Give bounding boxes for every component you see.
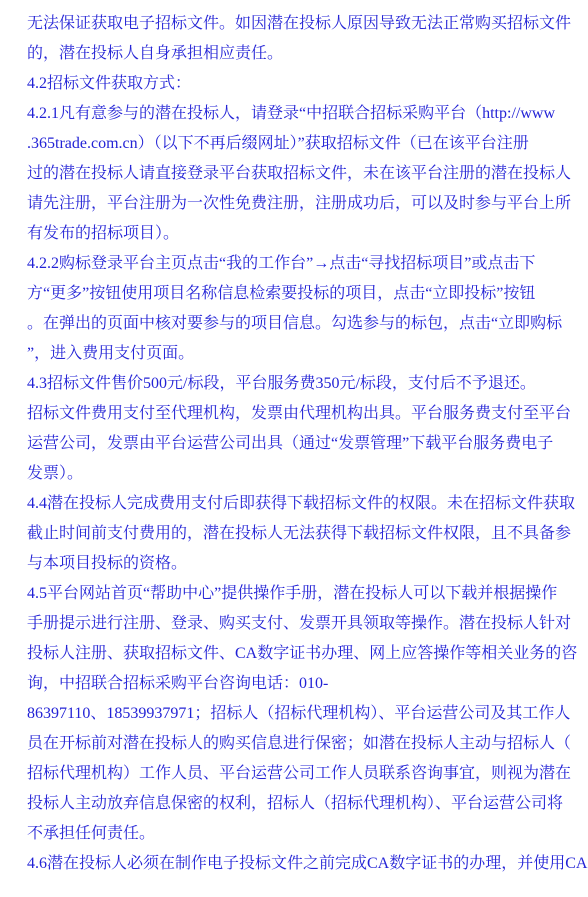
text-line: 86397110、18539937971；招标人（招标代理机构）、平台运营公司及…	[27, 699, 575, 729]
text-line: 手册提示进行注册、登录、购买支付、发票开具领取等操作。潜在投标人针对	[27, 609, 575, 639]
text-line: 方“更多”按钮使用项目名称信息检索要投标的项目，点击“立即投标”按钮	[27, 279, 575, 309]
document-page: 无法保证获取电子招标文件。如因潜在投标人原因导致无法正常购买招标文件的，潜在投标…	[0, 0, 588, 897]
text-line: 与本项目投标的资格。	[27, 549, 575, 579]
text-line: 发票）。	[27, 459, 575, 489]
text-line: 无法保证获取电子招标文件。如因潜在投标人原因导致无法正常购买招标文件	[27, 9, 575, 39]
text-line: 。在弹出的页面中核对要参与的项目信息。勾选参与的标包，点击“立即购标	[27, 309, 575, 339]
text-line: 4.2.2购标登录平台主页点击“我的工作台”→点击“寻找招标项目”或点击下	[27, 249, 575, 279]
text-line: 请先注册，平台注册为一次性免费注册，注册成功后，可以及时参与平台上所	[27, 189, 575, 219]
text-line: 询，中招联合招标采购平台咨询电话：010-	[27, 669, 575, 699]
text-line: 招标文件费用支付至代理机构，发票由代理机构出具。平台服务费支付至平台	[27, 399, 575, 429]
text-line: 的，潜在投标人自身承担相应责任。	[27, 39, 575, 69]
text-line: .365trade.com.cn）（以下不再后缀网址）”获取招标文件（已在该平台…	[27, 129, 575, 159]
text-line: 不承担任何责任。	[27, 819, 575, 849]
text-line: 4.4潜在投标人完成费用支付后即获得下载招标文件的权限。未在招标文件获取	[27, 489, 575, 519]
text-line: 员在开标前对潜在投标人的购买信息进行保密；如潜在投标人主动与招标人（	[27, 729, 575, 759]
text-line: 4.6潜在投标人必须在制作电子投标文件之前完成CA数字证书的办理，并使用CA	[27, 849, 575, 879]
text-line: 招标代理机构）工作人员、平台运营公司工作人员联系咨询事宜，则视为潜在	[27, 759, 575, 789]
text-line: 运营公司，发票由平台运营公司出具（通过“发票管理”下载平台服务费电子	[27, 429, 575, 459]
text-line: 有发布的招标项目）。	[27, 219, 575, 249]
document-text-block: 无法保证获取电子招标文件。如因潜在投标人原因导致无法正常购买招标文件的，潜在投标…	[27, 9, 575, 879]
text-line: 4.3招标文件售价500元/标段，平台服务费350元/标段，支付后不予退还。	[27, 369, 575, 399]
text-line: 截止时间前支付费用的，潜在投标人无法获得下载招标文件权限，且不具备参	[27, 519, 575, 549]
text-line: 投标人主动放弃信息保密的权利，招标人（招标代理机构）、平台运营公司将	[27, 789, 575, 819]
text-line: 4.2.1凡有意参与的潜在投标人，请登录“中招联合招标采购平台（http://w…	[27, 99, 575, 129]
text-line: ”，进入费用支付页面。	[27, 339, 575, 369]
text-line: 4.5平台网站首页“帮助中心”提供操作手册，潜在投标人可以下载并根据操作	[27, 579, 575, 609]
text-line: 过的潜在投标人请直接登录平台获取招标文件，未在该平台注册的潜在投标人	[27, 159, 575, 189]
text-line: 投标人注册、获取招标文件、CA数字证书办理、网上应答操作等相关业务的咨	[27, 639, 575, 669]
text-line: 4.2招标文件获取方式：	[27, 69, 575, 99]
